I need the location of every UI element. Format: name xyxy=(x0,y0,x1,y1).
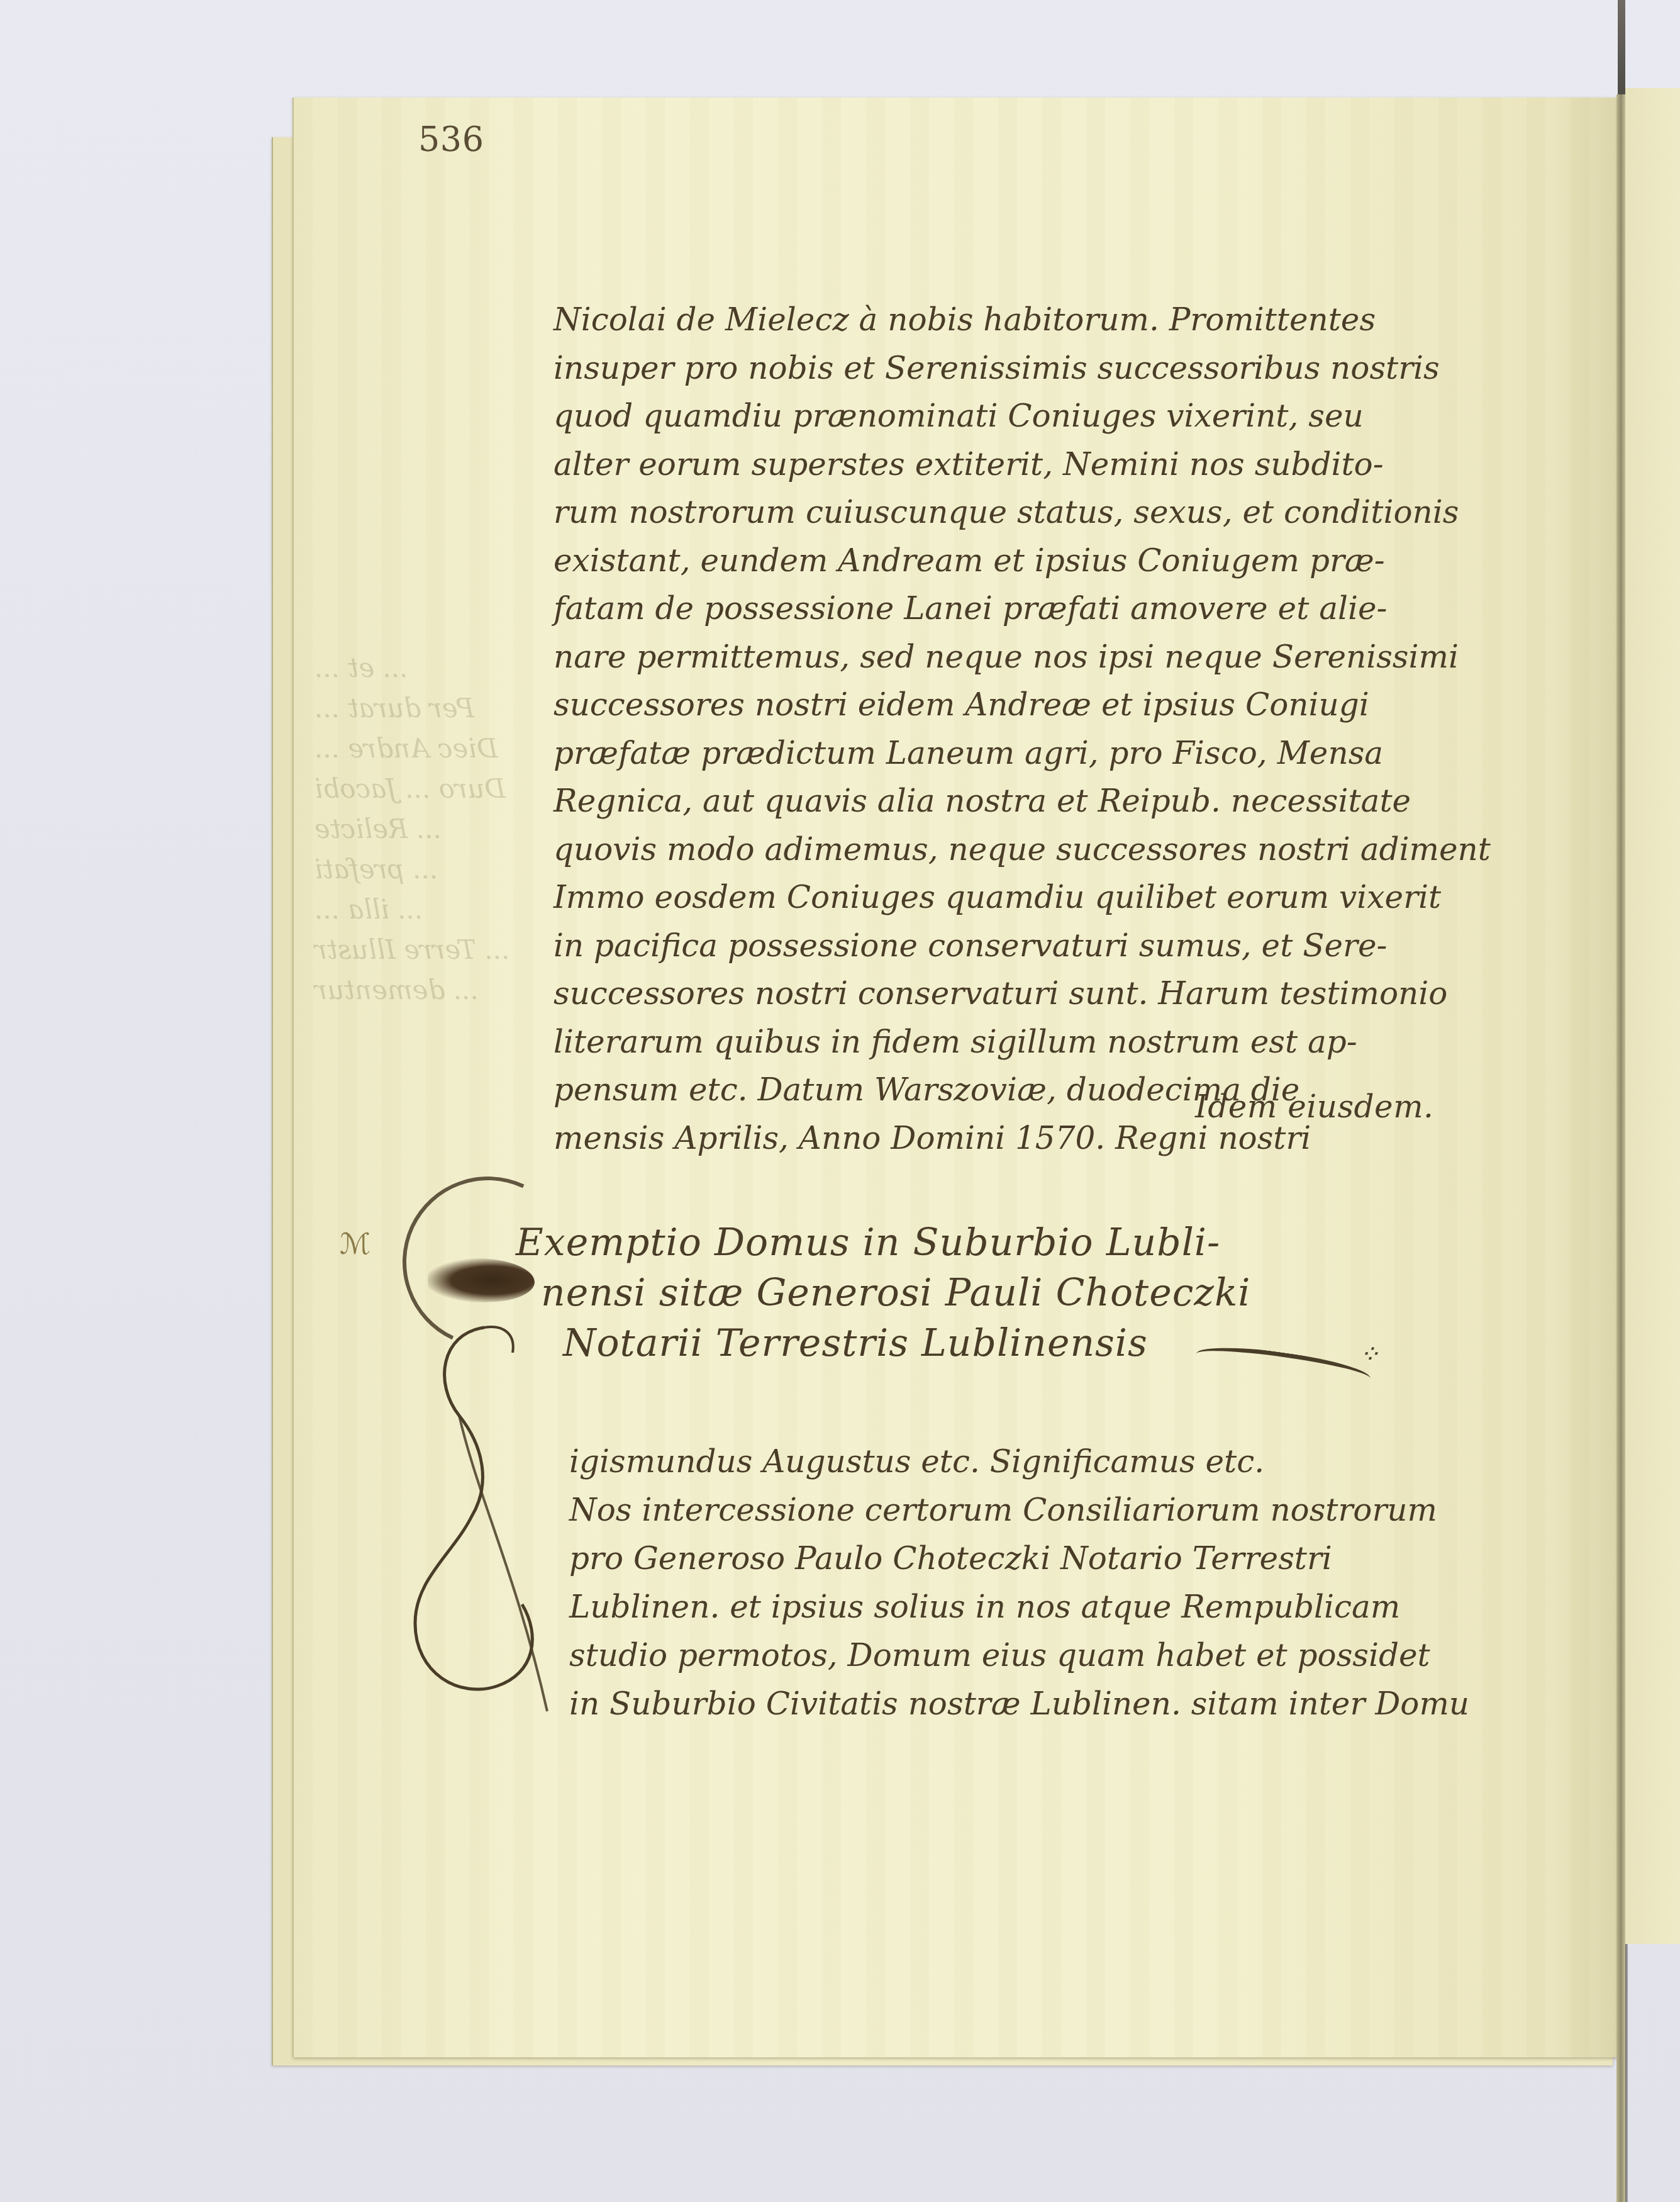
heading-end-mark: ⁘ xyxy=(1359,1340,1380,1369)
bleed-line: Per durat ... xyxy=(314,688,591,729)
bleed-line: ... Relicte xyxy=(314,809,591,849)
text-line: pensum etc. Datum Warszoviæ, duodecima d… xyxy=(554,1066,1623,1114)
text-line: studio permotos, Domum eius quam habet e… xyxy=(569,1631,1576,1680)
text-line: Immo eosdem Coniuges quamdiu quilibet eo… xyxy=(554,873,1623,922)
text-line: nare permittemus, sed neque nos ipsi neq… xyxy=(554,633,1623,681)
bleed-line: ... et ... xyxy=(314,648,591,688)
previous-entry-text: Nicolai de Mielecz à nobis habitorum. Pr… xyxy=(554,296,1623,1162)
bleed-line: Diec Andre ... xyxy=(314,729,591,769)
bleed-line: ... prefati xyxy=(314,849,591,890)
heading-line: Exemptio Domus in Suburbio Lubli- xyxy=(516,1217,1250,1268)
text-line: igismundus Augustus etc. Significamus et… xyxy=(569,1438,1576,1486)
signature-line: Idem eiusdem. xyxy=(1195,1088,1434,1125)
text-line: præfatæ prædictum Laneum agri, pro Fisco… xyxy=(554,729,1623,778)
text-line: mensis Aprilis, Anno Domini 1570. Regni … xyxy=(554,1114,1623,1163)
bleed-line: ... illa ... xyxy=(314,890,591,930)
text-line: successores nostri conservaturi sunt. Ha… xyxy=(554,970,1623,1018)
text-line: in Suburbio Civitatis nostræ Lublinen. s… xyxy=(569,1680,1576,1728)
text-line: in pacifica possessione conservaturi sum… xyxy=(554,922,1623,970)
bleed-line: ... dementur xyxy=(314,970,591,1010)
folio-number: 536 xyxy=(418,120,484,159)
entry-heading: Exemptio Domus in Suburbio Lubli- nensi … xyxy=(516,1217,1250,1368)
text-line: Lublinen. et ipsius solius in nos atque … xyxy=(569,1583,1576,1631)
marginal-note: ℳ xyxy=(340,1227,371,1261)
binding-shadow xyxy=(1618,0,1625,101)
bleed-line: Duro ... Jacobi xyxy=(314,769,591,809)
text-line: quovis modo adimemus, neque successores … xyxy=(554,825,1623,874)
text-line: existant, eundem Andream et ipsius Coniu… xyxy=(554,537,1623,585)
text-line: Regnica, aut quavis alia nostra et Reipu… xyxy=(554,777,1623,825)
heading-line: nensi sitæ Generosi Pauli Choteczki xyxy=(516,1268,1250,1318)
new-entry-text: igismundus Augustus etc. Significamus et… xyxy=(569,1438,1576,1728)
text-line: Nos intercessione certorum Consiliarioru… xyxy=(569,1486,1576,1534)
facing-page-edge xyxy=(1625,88,1680,1944)
text-line: insuper pro nobis et Serenissimis succes… xyxy=(554,344,1623,393)
text-line: alter eorum superstes extiterit, Nemini … xyxy=(554,440,1623,489)
text-line: fatam de possessione Lanei præfati amove… xyxy=(554,584,1623,633)
text-line: quod quamdiu prænominati Coniuges vixeri… xyxy=(554,392,1623,440)
text-line: rum nostrorum cuiuscunque status, sexus,… xyxy=(554,488,1623,537)
text-line: literarum quibus in fidem sigillum nostr… xyxy=(554,1018,1623,1066)
text-line: Nicolai de Mielecz à nobis habitorum. Pr… xyxy=(554,296,1623,344)
bleed-through-left-margin: ... et ... Per durat ... Diec Andre ... … xyxy=(314,648,591,1010)
heading-line: Notarii Terrestris Lublinensis xyxy=(516,1318,1250,1368)
decorated-initial-s-icon xyxy=(390,1309,579,1749)
text-line: pro Generoso Paulo Choteczki Notario Ter… xyxy=(569,1534,1576,1583)
text-line: successores nostri eidem Andreæ et ipsiu… xyxy=(554,681,1623,729)
bleed-line: ... Terre Illustr xyxy=(314,930,591,970)
